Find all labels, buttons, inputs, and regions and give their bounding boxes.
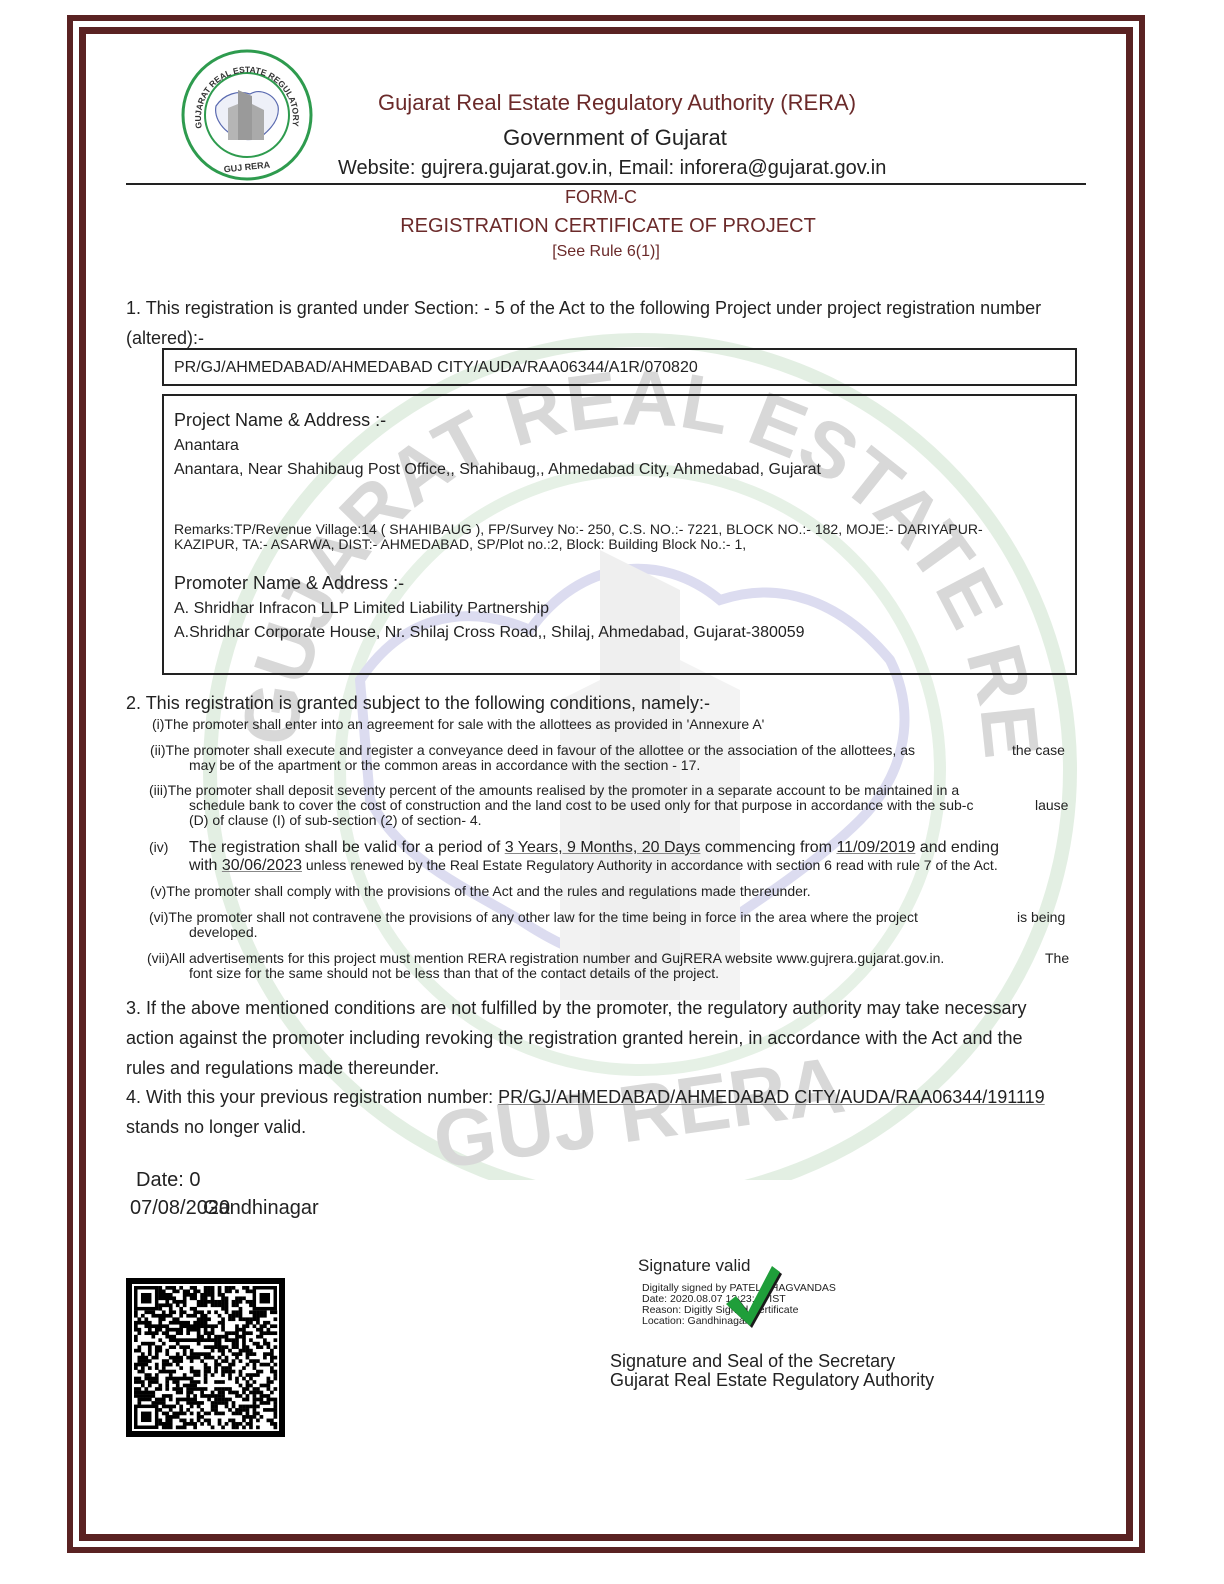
qr-code — [126, 1278, 285, 1437]
condition-vii-line1: (vii)All advertisements for this project… — [147, 951, 944, 966]
section2-heading: 2. This registration is granted subject … — [126, 688, 710, 718]
condition-iv-line1: The registration shall be valid for a pe… — [189, 840, 999, 856]
section3-line2: action against the promoter including re… — [126, 1023, 1023, 1053]
registration-number: PR/GJ/AHMEDABAD/AHMEDABAD CITY/AUDA/RAA0… — [174, 359, 698, 376]
seal-line2: Gujarat Real Estate Regulatory Authority — [610, 1370, 934, 1390]
condition-v: (v)The promoter shall comply with the pr… — [150, 884, 811, 899]
place: Gandhinagar — [203, 1197, 319, 1220]
project-label: Project Name & Address :- — [174, 410, 386, 431]
section3-line3: rules and regulations made thereunder. — [126, 1053, 439, 1083]
section4-line1: 4. With this your previous registration … — [126, 1082, 1045, 1112]
authority-name: Gujarat Real Estate Regulatory Authority… — [0, 90, 1224, 116]
condition-ii-line2: may be of the apartment or the common ar… — [189, 758, 700, 773]
promoter-label: Promoter Name & Address :- — [174, 573, 404, 594]
previous-registration-number: PR/GJ/AHMEDABAD/AHMEDABAD CITY/AUDA/RAA0… — [498, 1087, 1045, 1107]
signature-valid-check-icon — [724, 1262, 782, 1328]
promoter-address: A.Shridhar Corporate House, Nr. Shilaj C… — [174, 624, 805, 642]
certificate-title: REGISTRATION CERTIFICATE OF PROJECT — [0, 215, 1216, 238]
seal-line1: Signature and Seal of the Secretary — [610, 1351, 895, 1371]
condition-iii-line3: (D) of clause (I) of sub-section (2) of … — [189, 813, 482, 828]
project-remarks-line2: KAZIPUR, TA:- ASARWA, DIST:- AHMEDABAD, … — [174, 537, 746, 552]
condition-ii-line1: (ii)The promoter shall execute and regis… — [150, 743, 915, 758]
promoter-name: A. Shridhar Infracon LLP Limited Liabili… — [174, 600, 549, 618]
condition-iv-text-e: unless renewed by the Real Estate Regula… — [302, 857, 998, 873]
section1-text-line1: 1. This registration is granted under Se… — [126, 293, 1041, 323]
section4-suffix: stands no longer valid. — [126, 1112, 306, 1142]
condition-iii-tail: lause — [1035, 798, 1068, 813]
condition-ii-tail: the case — [1012, 743, 1065, 758]
condition-vi-line2: developed. — [189, 925, 258, 940]
condition-iv-text-b: commencing from — [700, 839, 836, 856]
project-name: Anantara — [174, 437, 239, 455]
rule-reference: [See Rule 6(1)] — [0, 243, 1212, 261]
condition-iv-text-a: The registration shall be valid for a pe… — [189, 839, 505, 856]
condition-iv-text-d: with — [189, 857, 222, 874]
date-label: Date: 0 — [136, 1169, 200, 1192]
section3-line1: 3. If the above mentioned conditions are… — [126, 993, 1027, 1023]
validity-period: 3 Years, 9 Months, 20 Days — [505, 839, 701, 856]
condition-vi-tail: is being — [1017, 910, 1065, 925]
validity-start-date: 11/09/2019 — [836, 839, 915, 856]
project-details-box: Project Name & Address :- Anantara Anant… — [162, 394, 1077, 675]
header-divider — [126, 183, 1086, 185]
section4-prefix: 4. With this your previous registration … — [126, 1087, 498, 1107]
condition-iv-line2: with 30/06/2023 unless renewed by the Re… — [189, 857, 998, 875]
condition-iii-line1: (iii)The promoter shall deposit seventy … — [149, 783, 959, 798]
condition-vii-line2: font size for the same should not be les… — [189, 966, 719, 981]
registration-number-box: PR/GJ/AHMEDABAD/AHMEDABAD CITY/AUDA/RAA0… — [162, 348, 1077, 386]
condition-vi-line1: (vi)The promoter shall not contravene th… — [149, 910, 918, 925]
project-remarks-line1: Remarks:TP/Revenue Village:14 ( SHAHIBAU… — [174, 522, 983, 537]
condition-iii-line2: schedule bank to cover the cost of const… — [189, 798, 973, 813]
contact-info: Website: gujrera.gujarat.gov.in, Email: … — [338, 157, 886, 180]
condition-iv-number: (iv) — [149, 840, 168, 855]
project-address: Anantara, Near Shahibaug Post Office,, S… — [174, 461, 821, 479]
condition-iv-text-c: and ending — [915, 839, 999, 856]
condition-i: (i)The promoter shall enter into an agre… — [152, 717, 764, 732]
validity-end-date: 30/06/2023 — [222, 857, 302, 874]
condition-vii-tail: The — [1045, 951, 1069, 966]
form-label: FORM-C — [0, 187, 1202, 208]
government-name: Government of Gujarat — [0, 125, 1224, 151]
